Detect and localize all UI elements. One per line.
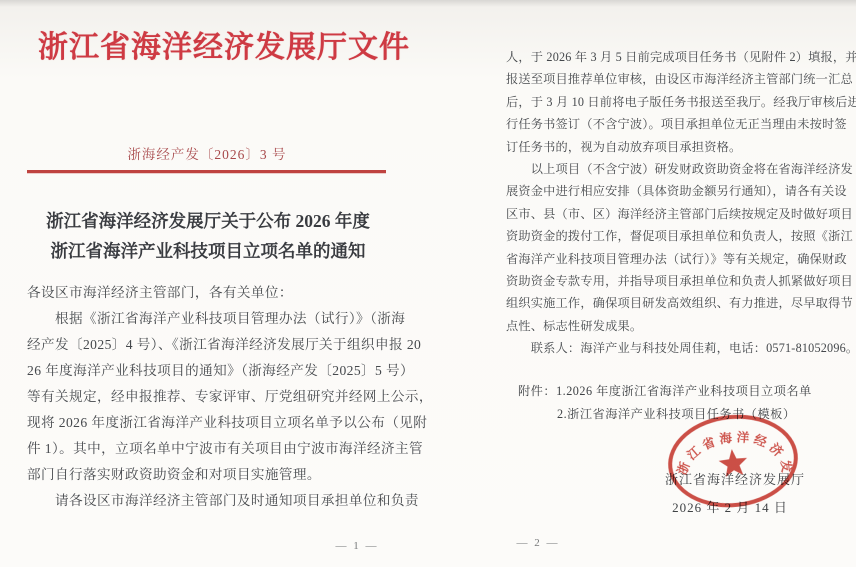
text-line: 报送至项目推荐单位审核，由设区市海洋经济主管部门统一汇总 — [506, 68, 836, 90]
text-line: 区市、县（市、区）海洋经济主管部门后续按规定及时做好项目 — [506, 203, 836, 225]
text-line: 人，于 2026 年 3 月 5 日前完成项目任务书（见附件 2）填报，并 — [506, 46, 836, 68]
attachments-label: 附件： — [518, 384, 556, 398]
page-number-1: — 1 — — [322, 540, 392, 552]
page2-body-text: 人，于 2026 年 3 月 5 日前完成项目任务书（见附件 2）填报，并报送至… — [506, 46, 836, 360]
official-seal: 浙江省海洋经济发展厅 — [657, 403, 809, 519]
attachment-row-1: 附件：1.2026 年度浙江省海洋产业科技项目立项名单 — [518, 382, 812, 399]
text-line: 浙江省海洋产业科技项目立项名单的通知 — [22, 236, 394, 266]
doc-number: 浙海经产发〔2026〕3 号 — [27, 143, 387, 163]
text-line: 资助资金专款专用，并指导项目承担单位和负责人抓紧做好项目 — [506, 270, 836, 292]
page1-body-text: 各设区市海洋经济主管部门，各有关单位： 根据《浙江省海洋产业科技项目管理办法（试… — [27, 280, 412, 514]
text-line: 订任务书的，视为自动放弃项目承担资格。 — [506, 136, 836, 158]
text-line: 各设区市海洋经济主管部门，各有关单位： — [27, 280, 412, 306]
document-scan: 浙江省海洋经济发展厅文件 浙海经产发〔2026〕3 号 浙江省海洋经济发展厅关于… — [0, 0, 856, 567]
text-line: 部门自行落实财政资助资金和对项目实施管理。 — [27, 462, 412, 488]
text-line: 经产发〔2025〕4 号）、《浙江省海洋经济发展厅关于组织申报 20 — [27, 332, 412, 358]
text-line: 根据《浙江省海洋产业科技项目管理办法（试行）》（浙海 — [27, 306, 412, 332]
letterhead-title: 浙江省海洋经济发展厅文件 — [38, 22, 398, 66]
attachment-item-1: 1.2026 年度浙江省海洋产业科技项目立项名单 — [556, 384, 812, 398]
text-line: 浙江省海洋经济发展厅关于公布 2026 年度 — [22, 206, 394, 236]
text-line: 以上项目（不含宁波）研发财政资助资金将在省海洋经济发 — [506, 158, 836, 180]
text-line: 后，于 3 月 10 日前将电子版任务书报送至我厅。经我厅审核后进 — [506, 91, 836, 113]
notice-title: 浙江省海洋经济发展厅关于公布 2026 年度浙江省海洋产业科技项目立项名单的通知 — [22, 206, 394, 266]
text-line: 组织实施工作，确保项目研发高效组织、有力推进，尽早取得节 — [506, 292, 836, 314]
text-line: 请各设区市海洋经济主管部门及时通知项目承担单位和负责 — [27, 488, 412, 514]
text-line: 26 年度海洋产业科技项目的通知》（浙海经产发〔2025〕5 号） — [27, 358, 412, 384]
text-line: 件 1）。其中，立项名单中宁波市有关项目由宁波市海洋经济主管 — [27, 436, 412, 462]
text-line: 省海洋产业科技项目管理办法（试行）》等有关规定，确保财政 — [506, 248, 836, 270]
text-line: 等有关规定，经申报推荐、专家评审、厅党组研究并经网上公示， — [27, 384, 412, 410]
text-line: 点性、标志性研发成果。 — [506, 315, 836, 337]
red-separator-line — [27, 170, 386, 173]
text-line: 联系人：海洋产业与科技处周佳莉，电话：0571-81052096。 — [506, 337, 836, 359]
page-number-2: — 2 — — [503, 537, 573, 549]
text-line: 现将 2026 年度浙江省海洋产业科技项目立项名单予以公布（见附 — [27, 410, 412, 436]
star-icon — [718, 448, 749, 478]
text-line: 展资金中进行相应安排（具体资助金额另行通知），请各有关设 — [506, 180, 836, 202]
text-line: 行任务书签订（不含宁波）。项目承担单位无正当理由未按时签 — [506, 113, 836, 135]
text-line: 资助资金的拨付工作，督促项目承担单位和负责人，按照《浙江 — [506, 225, 836, 247]
